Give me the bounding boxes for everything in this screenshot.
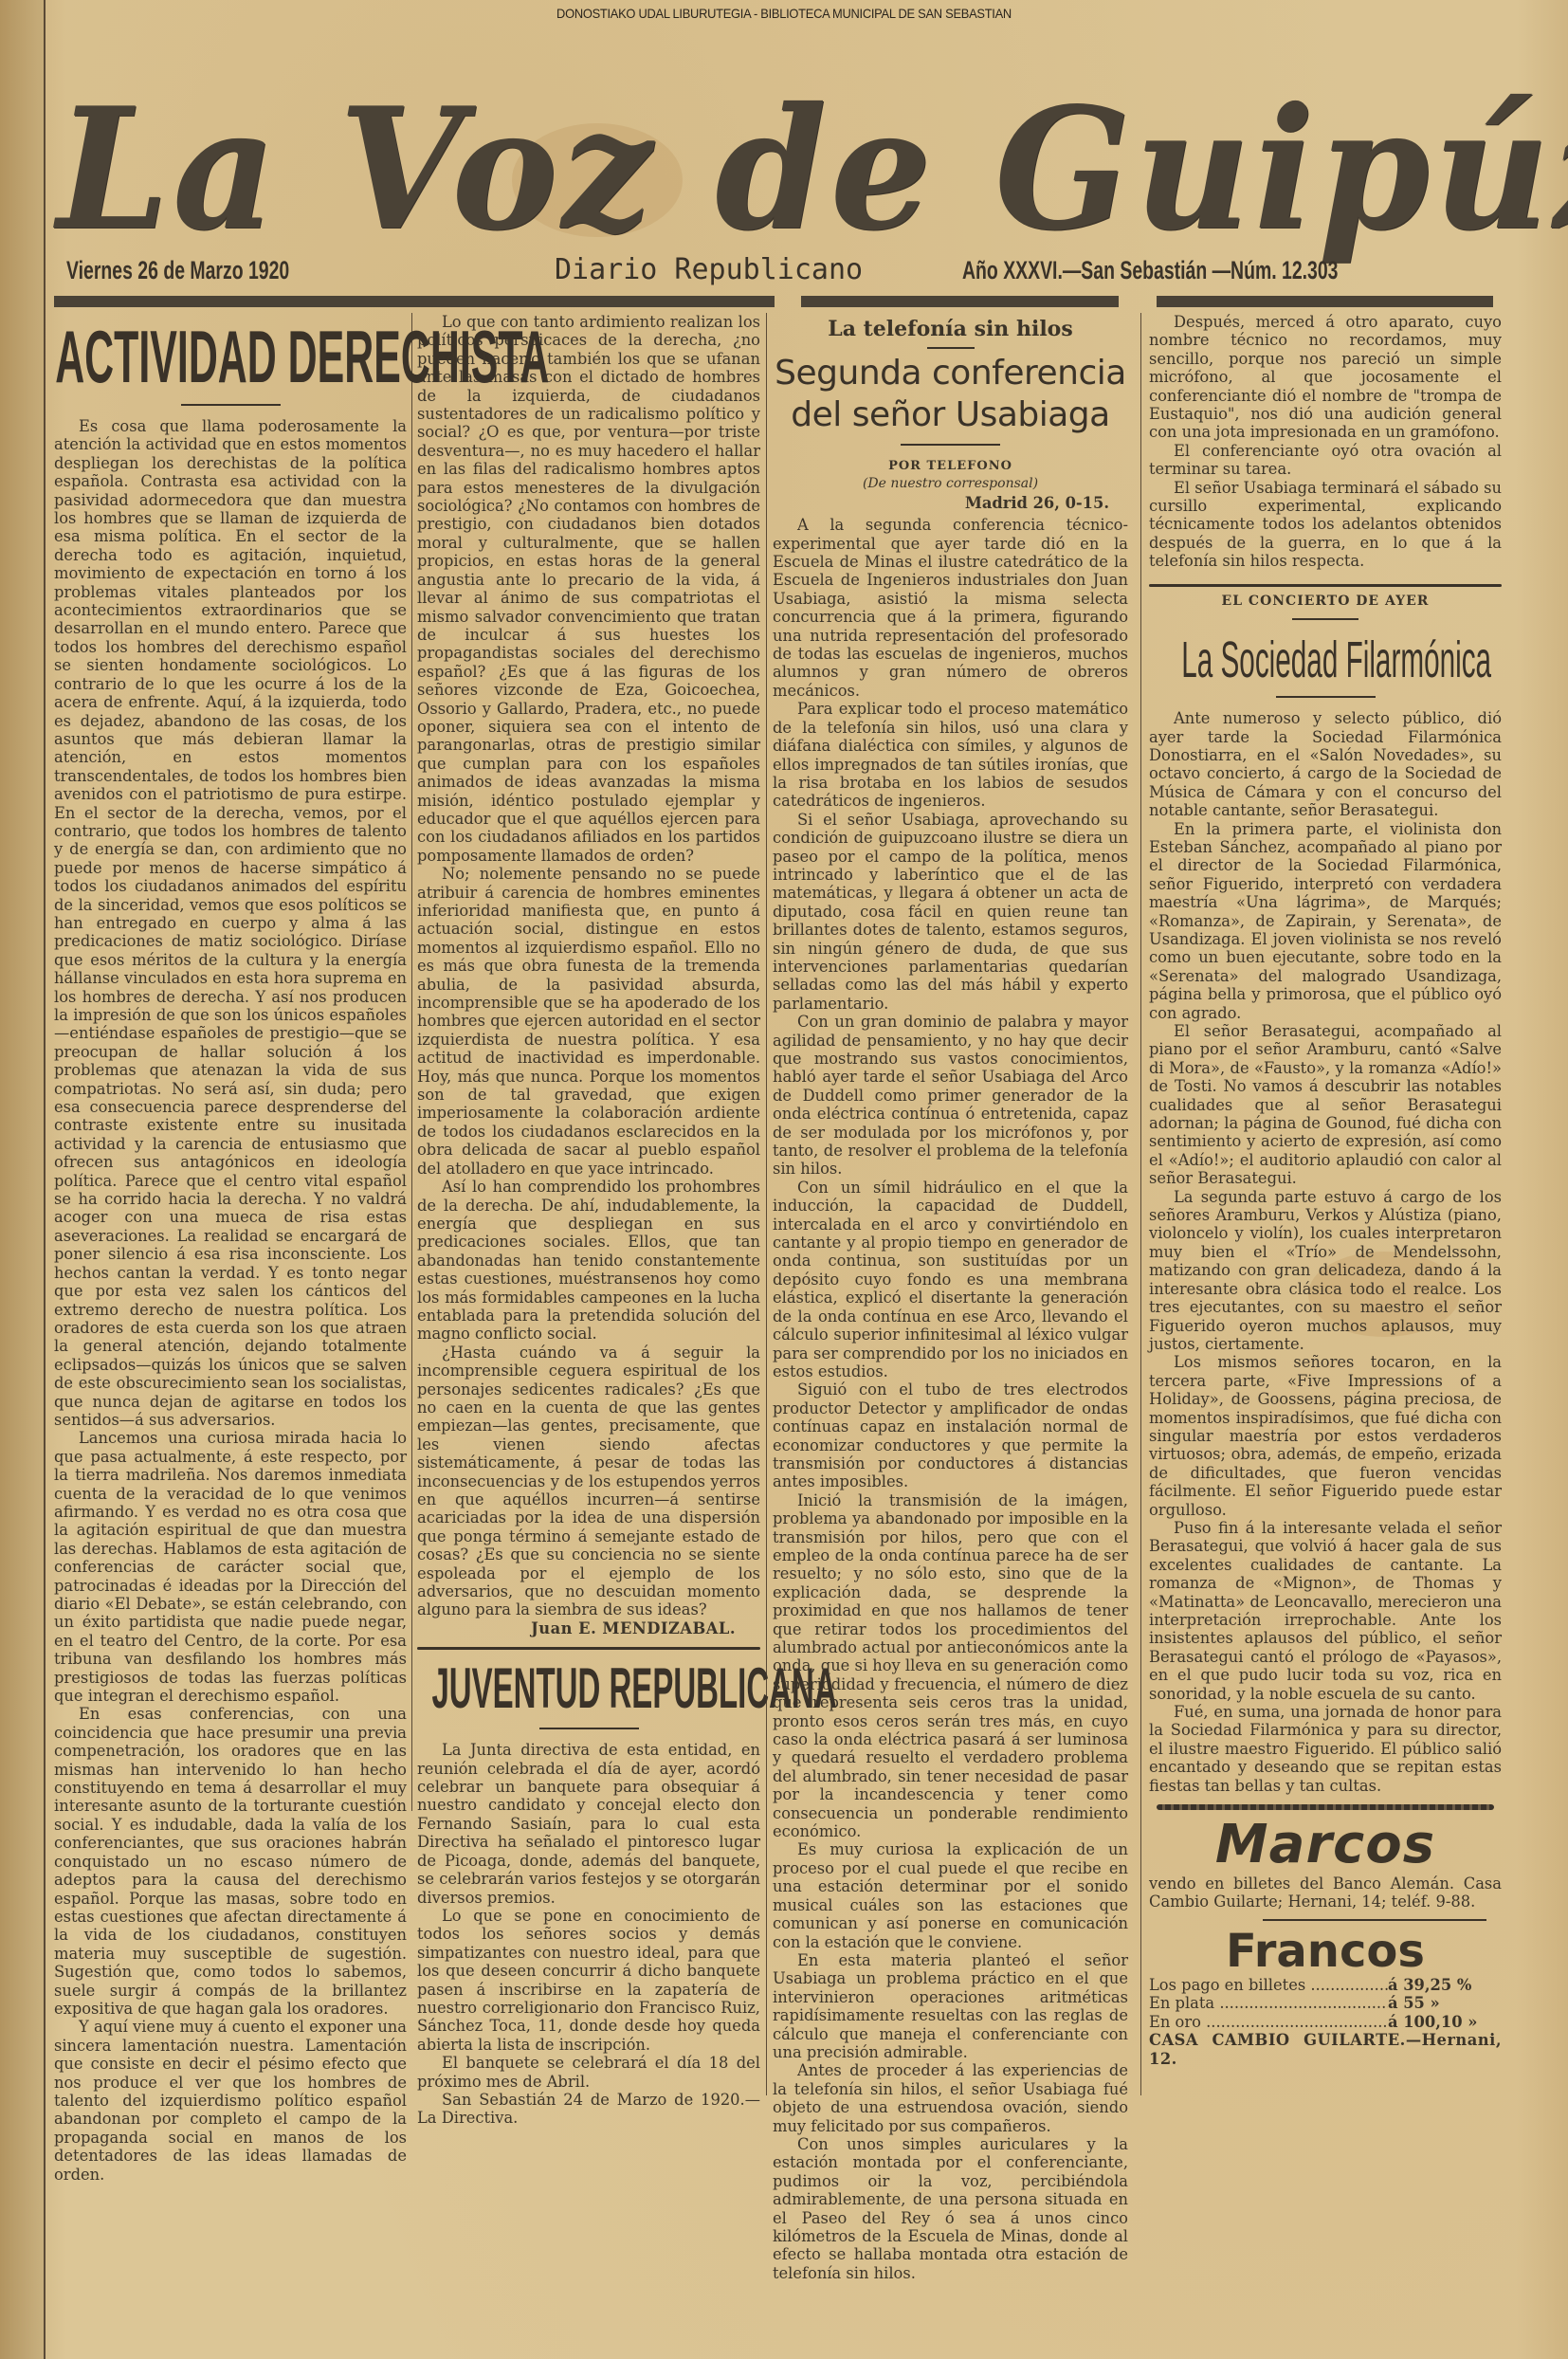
article-paragraph: Siguió con el tubo de tres electrodos pr…: [773, 1381, 1128, 1490]
ad-francos: Francos Los pago en billetes á 39,25 % E…: [1149, 1927, 1502, 2068]
ad-francos-footer: CASA CAMBIO GUILARTE.—Hernani, 12.: [1149, 2031, 1502, 2068]
ad-marcos: Marcos vendo en billetes del Banco Alemá…: [1149, 1816, 1502, 1911]
headline-rule: [181, 404, 281, 406]
article-paragraph: Y aquí viene muy á cuento el exponer una…: [54, 2018, 407, 2184]
newspaper-subtitle: Diario Republicano: [555, 251, 863, 289]
column-divider: [411, 313, 412, 1811]
archive-header: DONOSTIAKO UDAL LIBURUTEGIA - BIBLIOTECA…: [63, 6, 1505, 21]
article-paragraph: El conferenciante oyó otra ovación al te…: [1149, 442, 1502, 479]
article-paragraph: En la primera parte, el violinista don E…: [1149, 820, 1502, 1022]
ad-separator: [1263, 1919, 1486, 1921]
article-paragraph: El banquete se celebrará el día 18 del p…: [417, 2054, 760, 2091]
column-4: Con unos simples auriculares y la estaci…: [1149, 313, 1502, 2068]
rate-value: á 100,10 »: [1388, 2013, 1502, 2031]
headline-juventud-republicana: JUVENTUD REPUBLICANA: [431, 1657, 745, 1720]
rate-row: En oro á 100,10 »: [1149, 2013, 1502, 2031]
article-paragraph: Lo que se pone en conocimiento de todos …: [417, 1907, 760, 2054]
article-paragraph: Fué, en suma, una jornada de honor para …: [1149, 1703, 1502, 1795]
article-paragraph: Lo que con tanto ardimiento realizan los…: [417, 313, 760, 865]
headline-rule: [901, 444, 1000, 446]
issue-date: Viernes 26 de Marzo 1920: [66, 251, 289, 289]
rate-label: En plata: [1149, 1994, 1388, 2012]
headline-rule: [1276, 696, 1376, 698]
column-divider: [1140, 313, 1141, 2095]
headline-rule: [539, 1728, 639, 1729]
issue-number: Año XXXVI.—San Sebastián —Núm. 12.303: [962, 251, 1338, 289]
ad-border-rule: [1157, 1804, 1494, 1810]
headline-sociedad-filarmonica: La Sociedad Filarmónica: [1181, 631, 1469, 688]
column-divider: [766, 313, 767, 2095]
article-paragraph: A la segunda conferencia técnico-experim…: [773, 516, 1128, 700]
ad-francos-title: Francos: [1149, 1927, 1502, 1976]
rate-value: á 55 »: [1388, 1994, 1502, 2012]
article-paragraph: En esta materia planteó el señor Usabiag…: [773, 1951, 1128, 2061]
article-paragraph: Después, merced á otro aparato, cuyo nom…: [1149, 313, 1502, 442]
article-paragraph: La segunda parte estuvo á cargo de los s…: [1149, 1188, 1502, 1354]
article-paragraph: Puso fin á la interesante velada el seño…: [1149, 1519, 1502, 1703]
byline: POR TELEFONO: [773, 457, 1128, 475]
kicker-rule: [1292, 618, 1358, 620]
headline-segunda-conferencia: Segunda conferencia del señor Usabiaga: [773, 353, 1128, 436]
article-paragraph: Antes de proceder á las experiencias de …: [773, 2061, 1128, 2135]
ornamental-rule: [1149, 584, 1502, 587]
column-1: ACTIVIDAD DERECHISTA Es cosa que llama p…: [54, 313, 407, 2184]
masthead-dateline: Viernes 26 de Marzo 1920 Diario Republic…: [66, 251, 1488, 289]
ad-marcos-text: vendo en billetes del Banco Alemán. Casa…: [1149, 1874, 1502, 1911]
article-paragraph: Inició la transmisión de la imágen, prob…: [773, 1491, 1128, 1841]
kicker-telefonia: La telefonía sin hilos: [773, 315, 1128, 343]
article-paragraph: El señor Usabiaga terminará el sábado su…: [1149, 479, 1502, 571]
ad-marcos-title: Marcos: [1149, 1816, 1502, 1874]
rate-label: En oro: [1149, 2013, 1388, 2031]
article-paragraph: ¿Hasta cuándo va á seguir la incomprensi…: [417, 1344, 760, 1619]
header-rule: [54, 296, 775, 307]
article-paragraph: Si el señor Usabiaga, aprovechando su co…: [773, 811, 1128, 1013]
kicker-rule: [927, 347, 975, 349]
article-paragraph: Con un gran dominio de palabra y mayor a…: [773, 1013, 1128, 1179]
article-paragraph: San Sebastián 24 de Marzo de 1920.—La Di…: [417, 2091, 760, 2128]
article-paragraph: Con unos simples auriculares y la estaci…: [773, 2135, 1128, 2282]
article-paragraph: Es muy curiosa la explicación de un proc…: [773, 1840, 1128, 1950]
column-3: La telefonía sin hilos Segunda conferenc…: [773, 313, 1128, 2282]
rate-row: Los pago en billetes á 39,25 %: [1149, 1976, 1502, 1994]
article-paragraph: Los mismos señores tocaron, en la tercer…: [1149, 1353, 1502, 1519]
article-paragraph: Es cosa que llama poderosamente la atenc…: [54, 417, 407, 1429]
article-paragraph: Con un símil hidráulico en el que la ind…: [773, 1179, 1128, 1381]
ornamental-rule: [417, 1647, 760, 1650]
article-paragraph: Así lo han comprendido los prohombres de…: [417, 1178, 760, 1344]
article-paragraph: Ante numeroso y selecto público, dió aye…: [1149, 709, 1502, 819]
rate-value: á 39,25 %: [1388, 1976, 1502, 1994]
column-2: Lo que con tanto ardimiento realizan los…: [417, 313, 760, 2128]
rate-row: En plata á 55 »: [1149, 1994, 1502, 2012]
header-rule: [801, 296, 1119, 307]
headline-actividad-derechista: ACTIVIDAD DERECHISTA: [55, 317, 406, 396]
kicker-concierto: EL CONCIERTO DE AYER: [1149, 593, 1502, 611]
article-paragraph: La Junta directiva de esta entidad, en r…: [417, 1741, 760, 1907]
newspaper-masthead: La Voz de Guipúzcoa: [57, 69, 1498, 268]
article-paragraph: No; nolemente pensando no se puede atrib…: [417, 865, 760, 1178]
article-signature: Juan E. MENDIZABAL.: [417, 1619, 760, 1637]
article-paragraph: El señor Berasategui, acompañado al pian…: [1149, 1022, 1502, 1188]
article-paragraph: Lancemos una curiosa mirada hacia lo que…: [54, 1429, 407, 1705]
byline-correspondent: (De nuestro corresponsal): [773, 475, 1128, 493]
article-paragraph: Para explicar todo el proceso matemático…: [773, 700, 1128, 810]
header-rule: [1157, 296, 1493, 307]
rate-label: Los pago en billetes: [1149, 1976, 1388, 1994]
article-paragraph: En esas conferencias, con una coincidenc…: [54, 1705, 407, 2018]
article-dateline: Madrid 26, 0-15.: [773, 494, 1128, 512]
page-binding-edge: [0, 0, 46, 2359]
